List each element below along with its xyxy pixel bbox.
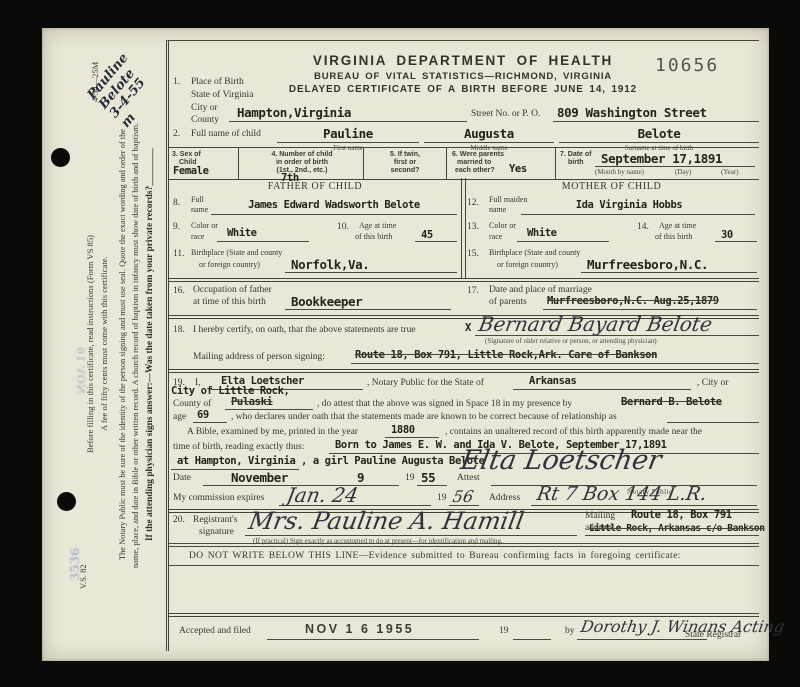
item17-label-2: of parents [489, 297, 527, 307]
item15-number: 15. [467, 249, 479, 259]
mother-name-value: Ida Virginia Hobbs [529, 199, 729, 211]
do-not-write-line: DO NOT WRITE BELOW THIS LINE—Evidence su… [189, 551, 681, 561]
item13-number: 13. [467, 222, 479, 232]
item9-label-2: race [191, 232, 204, 241]
rule-line [667, 422, 759, 423]
rule-line [415, 241, 457, 242]
mother-heading: MOTHER OF CHILD [464, 181, 759, 192]
rule-line [595, 166, 755, 167]
bible-record-line-2: at Hampton, Virginia [177, 455, 295, 467]
marriage-date-place-value: Murfreesboro,N.C. Aug.25,1879 [547, 295, 719, 307]
street-value: 809 Washington Street [557, 105, 707, 120]
caption-month: (Month by name) [595, 168, 644, 176]
item17-label-1: Date and place of marriage [489, 285, 592, 295]
item8-label-2: name [191, 205, 208, 214]
item13-label-1: Color or [489, 221, 516, 230]
item20-number: 20. [173, 515, 185, 525]
county-label: County of [173, 399, 211, 409]
bible-text-a: A Bible, examined by me, printed in the … [187, 427, 358, 437]
certificate-number-stamp: 10656 [655, 55, 719, 76]
mother-age-value: 30 [721, 229, 733, 241]
bible-year-value: 1880 [391, 424, 415, 436]
certificate-form: VIRGINIA DEPARTMENT OF HEALTH BUREAU OF … [166, 40, 759, 651]
ink-bleed-number: 3536 [68, 534, 82, 594]
rule-line [385, 437, 439, 438]
item12-label-1: Full maiden [489, 195, 527, 204]
registrar-signature: Dorothy J. Winans Acting [579, 617, 786, 636]
rule-line [715, 241, 757, 242]
twin-label-3: second? [366, 166, 444, 175]
item14-number: 14. [637, 222, 649, 232]
birth-order-label-3: (1st., 2nd., etc.) [243, 166, 361, 175]
dob-label-2: birth [568, 158, 584, 167]
item1-number: 1. [173, 77, 180, 87]
punch-hole-top [51, 148, 70, 167]
date-label: Date [173, 473, 191, 483]
item1-label-1: Place of Birth [191, 77, 244, 87]
item15-label-1: Birthplace (State and county [489, 248, 580, 257]
commission-label: My commission expires [173, 493, 264, 503]
registrant-mailing-1: Route 18, Box 791 [631, 509, 732, 521]
mother-birthplace-value: Murfreesboro,N.C. [587, 257, 708, 272]
section-rule [169, 278, 759, 282]
attest-year-value: 55 [421, 470, 435, 485]
mailing-address-value: Route 18, Box 791, Little Rock,Ark. Care… [355, 349, 657, 361]
registrant-mailing-2: Little Rock, Arkansas c/o Bankson [589, 523, 765, 534]
item10-label-1: Age at time [359, 221, 396, 230]
item16-number: 16. [173, 286, 185, 296]
mailing-address-label: Mailing address of person signing: [193, 352, 325, 362]
item9-number: 9. [173, 222, 180, 232]
birth-order-value: 7th [281, 172, 299, 184]
rule-line [553, 121, 759, 122]
rule-line [217, 241, 309, 242]
item14-label-2: of this birth [655, 232, 692, 241]
ink-bleed-date: NOV 16 [74, 318, 87, 422]
x-mark: X [465, 322, 471, 334]
rule-line [277, 142, 419, 143]
signer-age-value: 69 [197, 409, 209, 421]
notary-state-value: Arkansas [529, 375, 576, 387]
item11-number: 11. [173, 249, 185, 259]
father-age-value: 45 [421, 229, 433, 241]
father-heading: FATHER OF CHILD [169, 181, 461, 192]
item11-label-1: Birthplace (State and county [191, 248, 282, 257]
punch-hole-bottom [57, 492, 76, 511]
item18-text: I hereby certify, on oath, that the abov… [193, 325, 416, 335]
item1-label-4: County [191, 115, 219, 125]
item10-number: 10. [337, 222, 349, 232]
father-occupation-value: Bookkeeper [291, 294, 362, 309]
rule-line [543, 309, 757, 310]
item1-label-3: City or [191, 103, 218, 113]
rule-line [585, 535, 759, 536]
father-race-value: White [227, 227, 257, 239]
accepted-label: Accepted and filed [179, 626, 251, 636]
item20-label-1: Registrant's [193, 515, 237, 525]
child-middle-name: Augusta [424, 126, 554, 141]
item14-label-1: Age at time [659, 221, 696, 230]
item19-text-a: , Notary Public for the State of [367, 378, 484, 388]
registrant-signature: Mrs. Pauline A. Hamill [247, 507, 527, 535]
parents-married-value: Yes [509, 163, 527, 175]
child-surname: Belote [559, 126, 759, 141]
rule-line [513, 639, 551, 640]
commission-date-script: Jan. 24 [285, 483, 360, 507]
item13-label-2: race [489, 232, 502, 241]
county-value: Pulaski [231, 396, 272, 408]
rule-line [513, 389, 691, 390]
item11-label-2: or foreign country) [199, 260, 260, 269]
rule-line [267, 639, 479, 640]
footer-pre19: 19 [499, 626, 509, 636]
item8-label-1: Full [191, 195, 204, 204]
rule-line [581, 272, 757, 273]
box-divider [363, 148, 364, 179]
rule-line [285, 309, 451, 310]
informant-signature-caption: (Signature of older relative or person, … [485, 337, 657, 345]
box-divider [555, 148, 556, 179]
boxes-row: 3. Sex of Child Female 4. Number of chil… [169, 147, 759, 180]
father-birthplace-value: Norfolk,Va. [291, 257, 369, 272]
item16-label-1: Occupation of father [193, 285, 272, 295]
box-divider [238, 148, 239, 179]
child-first-name: Pauline [277, 126, 419, 141]
certificate-subtitle: DELAYED CERTIFICATE OF A BIRTH BEFORE JU… [233, 84, 693, 95]
caption-year: (Year) [721, 168, 739, 176]
sex-value: Female [173, 165, 209, 177]
pre19-a: 19 [405, 473, 415, 483]
parents-column-divider [461, 178, 466, 279]
margin-rule-physician: If the attending physician signs answer:… [145, 34, 155, 656]
filed-date-stamp: NOV 1 6 1955 [305, 622, 414, 636]
item20-label-2: signature [199, 527, 234, 537]
parents-married-label-3: each other? [455, 166, 495, 175]
bible-text-b: , contains an unaltered record of this b… [445, 427, 702, 437]
bible-record-line-3: , a girl Pauline Augusta Belote [301, 455, 485, 467]
rule-line [531, 505, 757, 506]
certificate-paper: Pauline Belote 3-4-55 m 4-54—25M V.S. 82… [42, 28, 769, 661]
attest-month-value: November [231, 470, 288, 485]
signer-name-value: Bernard B. Belote [621, 396, 722, 408]
item15-label-2: or foreign country) [497, 260, 558, 269]
rule-line [417, 485, 447, 486]
rule-line [169, 543, 759, 544]
father-name-value: James Edward Wadsworth Belote [214, 199, 454, 211]
informant-signature: Bernard Bayard Belote [477, 312, 714, 336]
item19-text-d: , who declares under oath that the state… [231, 412, 617, 422]
item2-label: Full name of child [191, 129, 261, 139]
form-header: VIRGINIA DEPARTMENT OF HEALTH BUREAU OF … [233, 53, 693, 95]
rule-line [424, 142, 554, 143]
item1-label-2: State of Virginia [191, 90, 253, 100]
item9-label-1: Color or [191, 221, 218, 230]
item16-label-2: at time of this birth [193, 297, 266, 307]
notary-address-script: Rt 7 Box 144 L.R. [535, 483, 708, 505]
rule-line [245, 535, 577, 536]
rule-line [559, 142, 759, 143]
address-label: Address [489, 493, 520, 503]
street-label: Street No. or P. O. [471, 109, 540, 119]
bible-text-c: time of birth, reading exactly thus: [173, 442, 304, 452]
rule-line [577, 639, 707, 640]
rule-line [521, 214, 755, 215]
rule-line [351, 363, 759, 364]
mother-race-value: White [527, 227, 557, 239]
rule-line [193, 422, 227, 423]
rule-line [229, 121, 467, 122]
bureau-subtitle: BUREAU OF VITAL STATISTICS—RICHMOND, VIR… [233, 71, 693, 82]
box-divider [446, 148, 447, 179]
item2-number: 2. [173, 129, 180, 139]
rule-line [517, 241, 609, 242]
department-title: VIRGINIA DEPARTMENT OF HEALTH [233, 53, 693, 68]
rule-line [225, 409, 313, 410]
item12-label-2: name [489, 205, 506, 214]
dob-value: September 17,1891 [601, 151, 722, 166]
item19-text-b: , City or [697, 378, 728, 388]
item10-label-2: of this birth [355, 232, 392, 241]
rule-line [169, 565, 759, 566]
rule-line [211, 214, 457, 215]
section-rule [169, 369, 759, 373]
by-label: by [565, 626, 575, 636]
age-label: age [173, 412, 186, 422]
attest-signature: Elta Loetscher [458, 445, 664, 476]
item19-text-c: , do attest that the above was signed in… [317, 399, 572, 409]
pre19-b: 19 [437, 493, 447, 503]
margin-rule-fee: A fee of fifty cents must come with this… [99, 186, 109, 502]
item17-number: 17. [467, 286, 479, 296]
rule-line [169, 546, 759, 547]
rule-line [285, 272, 457, 273]
place-of-birth-value: Hampton,Virginia [237, 105, 351, 120]
commission-year-script: 56 [451, 487, 475, 506]
item12-number: 12. [467, 198, 479, 208]
item8-number: 8. [173, 198, 180, 208]
caption-day: (Day) [675, 168, 691, 176]
item18-number: 18. [173, 325, 185, 335]
